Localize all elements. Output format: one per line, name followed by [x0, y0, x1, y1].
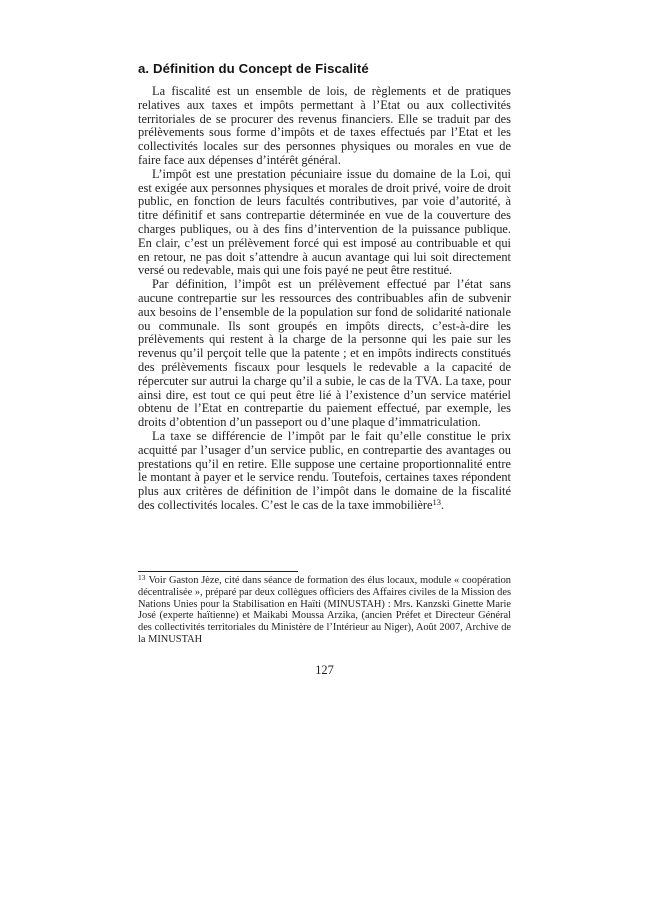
body-paragraph-4: La taxe se différencie de l’impôt par le…: [138, 430, 511, 513]
footnote-divider: [138, 571, 298, 572]
paragraph-text: Par définition, l’impôt est un prélèveme…: [138, 277, 511, 429]
section-heading: a. Définition du Concept de Fiscalité: [138, 61, 511, 77]
footnote: 13Voir Gaston Jèze, cité dans séance de …: [138, 575, 511, 646]
page-number: 127: [138, 663, 511, 677]
paragraph-text: La taxe se différencie de l’impôt par le…: [138, 429, 511, 512]
page-body: a. Définition du Concept de Fiscalité La…: [138, 61, 511, 513]
footnote-reference: 13: [433, 497, 442, 507]
body-paragraph-3: Par définition, l’impôt est un prélèveme…: [138, 278, 511, 430]
footnote-section: 13Voir Gaston Jèze, cité dans séance de …: [138, 571, 511, 646]
footnote-text: Voir Gaston Jèze, cité dans séance de fo…: [138, 575, 511, 645]
body-paragraph-2: L’impôt est une prestation pécuniaire is…: [138, 168, 511, 278]
document-page: a. Définition du Concept de Fiscalité La…: [0, 0, 650, 920]
paragraph-text: L’impôt est une prestation pécuniaire is…: [138, 167, 511, 278]
footnote-marker: 13: [138, 573, 146, 582]
paragraph-tail: .: [441, 498, 444, 512]
paragraph-text: La fiscalité est un ensemble de lois, de…: [138, 84, 511, 167]
body-paragraph-1: La fiscalité est un ensemble de lois, de…: [138, 85, 511, 168]
